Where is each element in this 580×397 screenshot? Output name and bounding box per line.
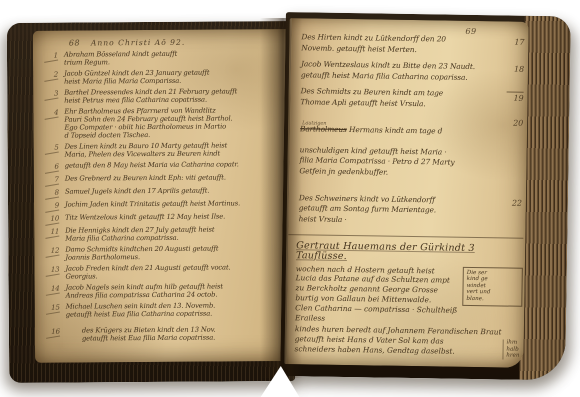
entry-text: Des Linen kindt zu Bauro 10 Marty getauf…: [65, 141, 292, 159]
register-entry: 2Jacob Güntzel kindt den 23 January geta…: [41, 68, 291, 86]
right-page-number: 69: [465, 27, 476, 36]
entry-continuation: unschuldigen kind getaufft heist Maria ·…: [299, 145, 494, 180]
entry-number: 5: [42, 143, 59, 159]
separator-line: [288, 234, 523, 239]
register-entry: 14Jacob Nagels sein kindt aufm hilb geta…: [43, 282, 293, 300]
entry-number: 6: [42, 162, 59, 172]
entry-text: getaufft den 8 May heist Maria via Catha…: [65, 160, 292, 172]
register-entry: 13Jacob Freden kindt den 21 Augusti geta…: [42, 263, 292, 281]
entry-text: Jacob Güntzel kindt den 23 January getau…: [64, 68, 291, 86]
entry-text: Damo Schmidts kindtchen 20 Augusti getau…: [65, 244, 292, 262]
right-page: 69 Des Hirten kindt zu Lütkendorff den 2…: [284, 18, 528, 368]
bottom-block-heading: Gertraut Hauemans der Gürkindt 3 Tauflüs…: [296, 241, 523, 264]
entry-text: Jacob Wentzeslaus kindt zu Bitte den 23 …: [301, 59, 496, 83]
register-entry: 7Des Grebnerd zu Beuren kindt Eph: viti …: [42, 173, 292, 185]
entry-text: Des Grebnerd zu Beuren kindt Eph: viti g…: [65, 173, 292, 185]
entry-number: 2: [41, 70, 58, 86]
left-page: 68 Anno Christi Aō 92. 1Abraham Bösselan…: [33, 29, 295, 363]
register-entry: 15Michael Luschen sein kindt den 13. Nov…: [43, 301, 293, 319]
register-entry: Des Schmidts zu Beuren kindt am tage Tho…: [300, 86, 523, 111]
book-left-cover-edge: 68 Anno Christi Aō 92. 1Abraham Bösselan…: [7, 21, 296, 383]
left-entries-list: 1Abraham Bösseland kindt getaufft trium …: [33, 49, 295, 343]
bottom-block-tail: kindes huren beredt auf Johannem Ferandi…: [294, 325, 521, 358]
register-entry: 6getaufft den 8 May heist Maria via Cath…: [42, 160, 292, 172]
entry-text: Titz Wentzelous kindt getaufft 12 May he…: [65, 212, 292, 224]
entry-text: Des Schweiners kindt vo Lütkendorff geta…: [299, 193, 494, 228]
entry-number: 1: [41, 51, 58, 67]
entry-number: 19: [499, 89, 523, 110]
register-entry: Jacob Wentzeslaus kindt zu Bitte den 23 …: [301, 59, 524, 84]
entry-text: Jacob Freden kindt den 21 Augusti getauf…: [65, 263, 292, 281]
entry-line-rest: Hermans kindt am tage d: [349, 125, 442, 135]
register-entry: 4Ehr Bartholmeus des Pfarrnerd von Wandt…: [41, 106, 291, 140]
entry-number: 10: [42, 214, 59, 224]
register-entry: 11Die Hennigks kindt den 27 July getauff…: [42, 225, 292, 243]
register-entry: 9Jochim Jaden kindt Trinitatis getaufft …: [42, 199, 292, 211]
entry-text: Samuel Jugels kindt den 17 Aprilis getau…: [65, 186, 292, 198]
register-entry: 8Samuel Jugels kindt den 17 Aprilis geta…: [42, 186, 292, 198]
entry-number: 11: [42, 227, 59, 243]
register-entry: 1Abraham Bösseland kindt getaufft trium …: [41, 49, 291, 67]
register-entry: Des Schweiners kindt vo Lütkendorff geta…: [299, 193, 522, 228]
book-right-page-stack: 69 Des Hirten kindt zu Lütkendorff den 2…: [280, 12, 571, 380]
entry-number: 20: [498, 116, 523, 190]
register-entry: 10Titz Wentzelous kindt getaufft 12 May …: [42, 212, 292, 224]
register-entry: 5Des Linen kindt zu Bauro 10 Marty getau…: [42, 141, 292, 159]
left-page-number: 68: [69, 38, 80, 47]
entry-text: Michael Luschen sein kindt den 13. Novem…: [66, 301, 293, 319]
entry-number: 15: [43, 303, 60, 319]
right-entries-list: Des Hirten kindt zu Lütkendorff den 20 N…: [289, 18, 529, 228]
manuscript-photo: 68 Anno Christi Aō 92. 1Abraham Bösselan…: [0, 0, 580, 397]
entry-text: Jacob Nagels sein kindt aufm hilb getauf…: [66, 282, 293, 300]
entry-text: des Krügers zu Bieten kindt den 13 Nov. …: [66, 325, 293, 343]
entry-number: 8: [42, 188, 59, 198]
entry-text: Jochim Jaden kindt Trinitatis getaufft h…: [65, 199, 292, 211]
register-entry: 16des Krügers zu Bieten kindt den 13 Nov…: [43, 325, 293, 343]
entry-number: 16: [43, 327, 60, 343]
entry-number: 12: [42, 246, 59, 262]
entry-text: Barthel Dreessendes kindt den 21 Februar…: [64, 87, 291, 105]
entry-number: 13: [42, 265, 59, 281]
entry-number: 7: [42, 175, 59, 185]
entry-text: LautzigenBartholmeus Hermans kindt am ta…: [299, 113, 495, 190]
entry-number: 9: [42, 201, 59, 211]
entry-number: 22: [498, 196, 522, 228]
entry-number: 18: [500, 62, 524, 83]
margin-note-box: Die ser kind ge windet vert und blane.: [462, 266, 523, 306]
register-entry: Des Hirten kindt zu Lütkendorff den 20 N…: [301, 32, 524, 57]
entry-number: 14: [43, 284, 60, 300]
interlinear-correction: Lautzigen: [302, 118, 326, 129]
margin-note-side: ihm halb hren: [502, 339, 520, 359]
entry-text: Ehr Bartholmeus des Pfarrnerd von Wandtl…: [64, 106, 291, 140]
bottom-entry-block: Gertraut Hauemans der Gürkindt 3 Tauflüs…: [286, 241, 525, 357]
entry-text: Des Schmidts zu Beuren kindt am tage Tho…: [300, 86, 495, 110]
entry-number: 17: [500, 35, 524, 56]
entry-number: 3: [41, 89, 58, 105]
entry-number: 4: [41, 108, 58, 140]
register-entry: 3Barthel Dreessendes kindt den 21 Februa…: [41, 87, 291, 105]
entry-text: Die Hennigks kindt den 27 July getaufft …: [65, 225, 292, 243]
register-entry: 12Damo Schmidts kindtchen 20 Augusti get…: [42, 244, 292, 262]
left-page-header: Anno Christi Aō 92.: [91, 37, 293, 47]
entry-first-line: LautzigenBartholmeus Hermans kindt am ta…: [300, 124, 495, 138]
register-entry: LautzigenBartholmeus Hermans kindt am ta…: [299, 113, 523, 190]
entry-text: Abraham Bösseland kindt getaufft trium R…: [64, 49, 291, 67]
